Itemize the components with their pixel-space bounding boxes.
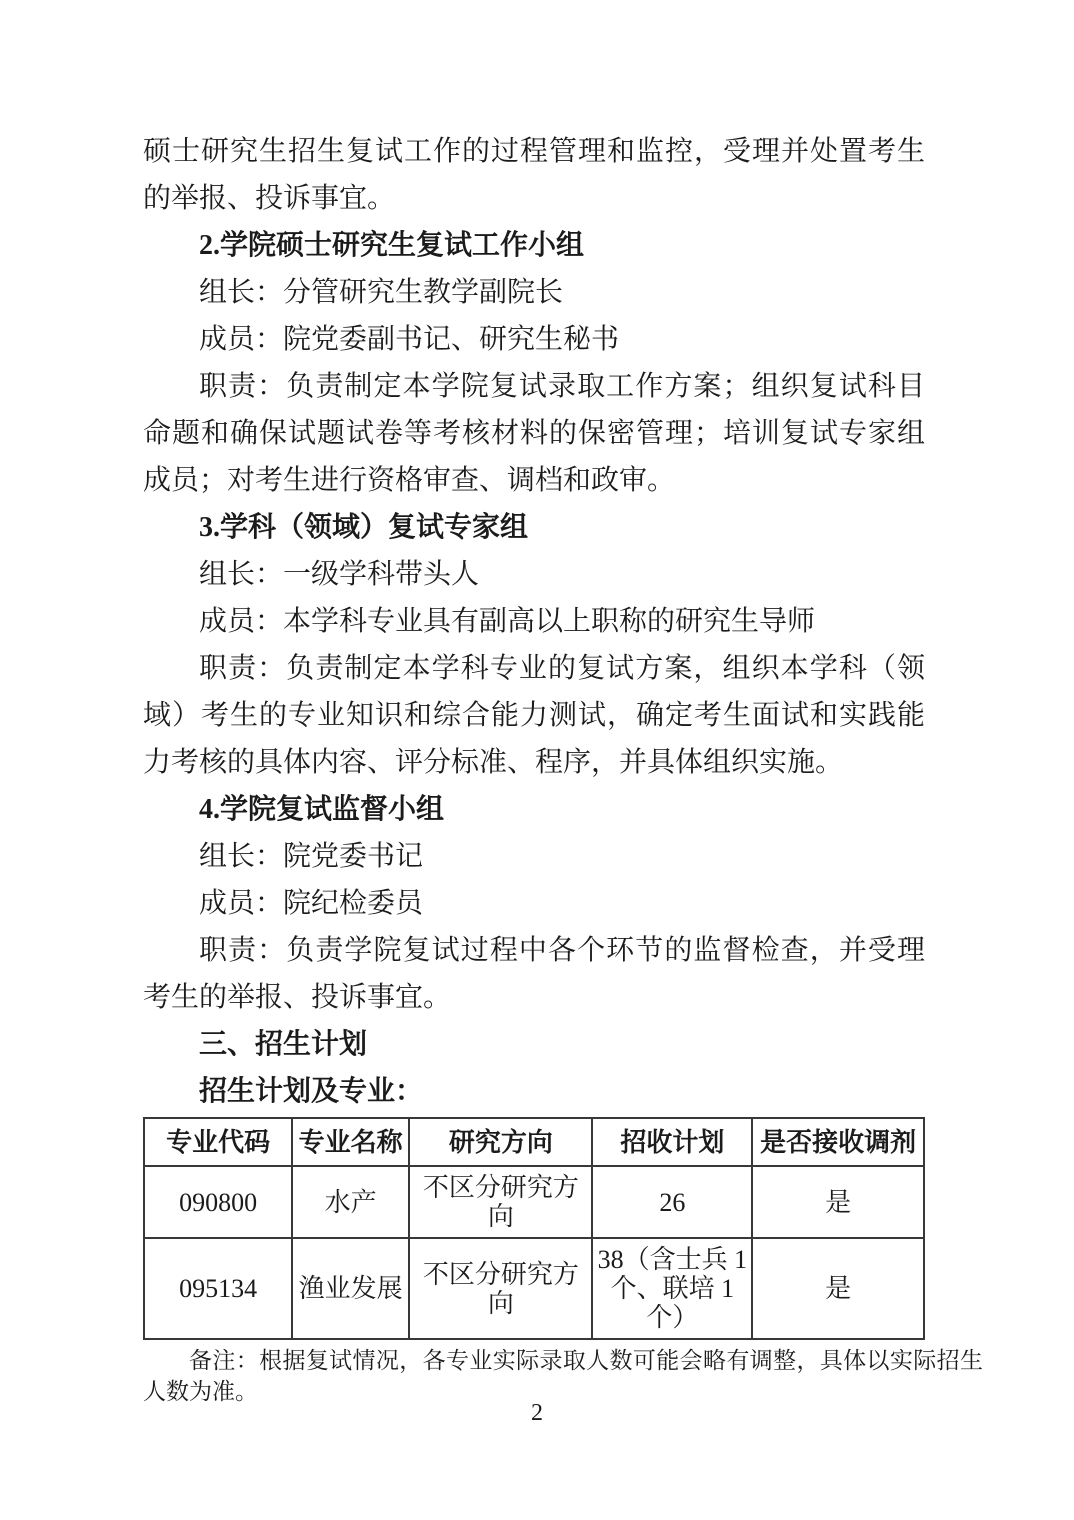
table-header-accept-transfer: 是否接收调剂 <box>752 1118 924 1166</box>
table-header-plan-count: 招收计划 <box>592 1118 752 1166</box>
table-cell-major-code: 095134 <box>144 1238 292 1339</box>
table-cell-accept-transfer: 是 <box>752 1238 924 1339</box>
table-cell-plan-count: 38（含士兵 1 个、联培 1 个） <box>592 1238 752 1339</box>
table-cell-major-name: 水产 <box>292 1166 409 1238</box>
page-body: 硕士研究生招生复试工作的过程管理和监控，受理并处置考生的举报、投诉事宜。 2.学… <box>143 128 925 1407</box>
paragraph-members: 成员：院党委副书记、研究生秘书 <box>143 316 925 363</box>
table-header-major-name: 专业名称 <box>292 1118 409 1166</box>
table-cell-research-direction: 不区分研究方向 <box>409 1238 592 1339</box>
paragraph-continuation: 硕士研究生招生复试工作的过程管理和监控，受理并处置考生的举报、投诉事宜。 <box>143 128 925 222</box>
paragraph-duties: 职责：负责制定本学科专业的复试方案，组织本学科（领域）考生的专业知识和综合能力测… <box>143 645 925 786</box>
table-row: 095134 渔业发展 不区分研究方向 38（含士兵 1 个、联培 1 个） 是 <box>144 1238 924 1339</box>
paragraph-leader: 组长：分管研究生教学副院长 <box>143 269 925 316</box>
paragraph-duties: 职责：负责制定本学院复试录取工作方案；组织复试科目命题和确保试题试卷等考核材料的… <box>143 363 925 504</box>
table-cell-research-direction: 不区分研究方向 <box>409 1166 592 1238</box>
table-header-research-direction: 研究方向 <box>409 1118 592 1166</box>
document-page: 硕士研究生招生复试工作的过程管理和监控，受理并处置考生的举报、投诉事宜。 2.学… <box>0 0 1074 1520</box>
table-cell-major-name: 渔业发展 <box>292 1238 409 1339</box>
paragraph-duties: 职责：负责学院复试过程中各个环节的监督检查，并受理考生的举报、投诉事宜。 <box>143 927 925 1021</box>
table-footnote: 备注：根据复试情况，各专业实际录取人数可能会略有调整，具体以实际招生人数为准。 <box>143 1345 983 1407</box>
subheading-plan-and-majors: 招生计划及专业： <box>143 1068 925 1115</box>
paragraph-members: 成员：本学科专业具有副高以上职称的研究生导师 <box>143 598 925 645</box>
table-cell-accept-transfer: 是 <box>752 1166 924 1238</box>
table-cell-plan-count: 26 <box>592 1166 752 1238</box>
section-heading-enrollment-plan: 三、招生计划 <box>143 1021 925 1068</box>
table-header-major-code: 专业代码 <box>144 1118 292 1166</box>
page-number: 2 <box>0 1400 1074 1427</box>
section-heading-review-work-group: 2.学院硕士研究生复试工作小组 <box>143 222 925 269</box>
table-cell-major-code: 090800 <box>144 1166 292 1238</box>
section-heading-expert-group: 3.学科（领域）复试专家组 <box>143 504 925 551</box>
section-heading-supervision-group: 4.学院复试监督小组 <box>143 786 925 833</box>
paragraph-leader: 组长：一级学科带头人 <box>143 551 925 598</box>
table-header-row: 专业代码 专业名称 研究方向 招收计划 是否接收调剂 <box>144 1118 924 1166</box>
admission-plan-table: 专业代码 专业名称 研究方向 招收计划 是否接收调剂 090800 水产 不区分… <box>143 1117 925 1340</box>
table-row: 090800 水产 不区分研究方向 26 是 <box>144 1166 924 1238</box>
paragraph-leader: 组长：院党委书记 <box>143 833 925 880</box>
paragraph-members: 成员：院纪检委员 <box>143 880 925 927</box>
